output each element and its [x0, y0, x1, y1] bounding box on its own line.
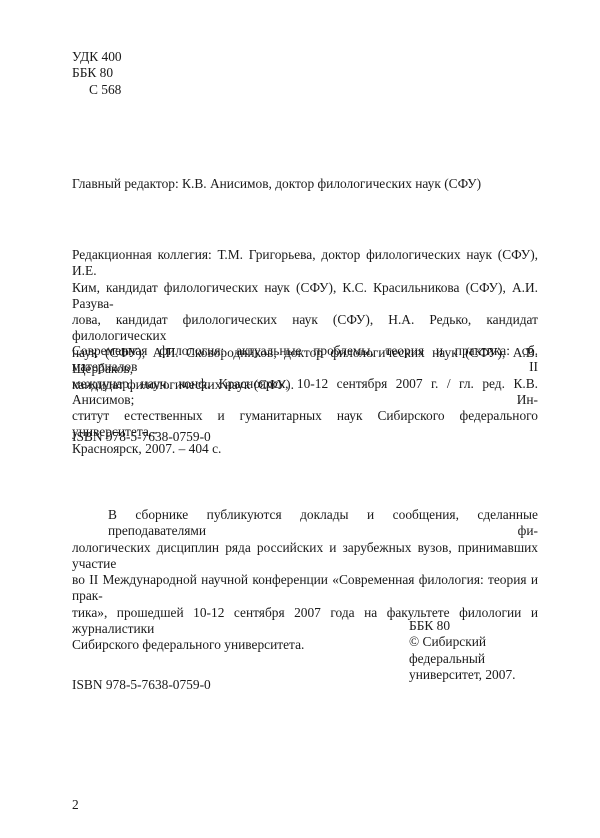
editorial-board-line: Редакционная коллегия: Т.М. Григорьева, … — [72, 247, 538, 280]
isbn-top-text: ISBN 978-5-7638-0759-0 — [72, 429, 538, 445]
copyright-line: © Сибирский — [409, 634, 559, 650]
classification-codes: УДК 400 ББК 80 С 568 — [72, 49, 538, 98]
chief-editor: Главный редактор: К.В. Анисимов, доктор … — [72, 176, 538, 192]
bbk-code: ББК 80 — [72, 65, 538, 81]
isbn-bottom-text: ISBN 978-5-7638-0759-0 — [72, 677, 538, 693]
copyright-bbk: ББК 80 — [409, 618, 559, 634]
isbn-bottom: ISBN 978-5-7638-0759-0 — [72, 677, 538, 693]
abstract-line: лологических дисциплин ряда российских и… — [72, 540, 538, 573]
udk-code: УДК 400 — [72, 49, 538, 65]
page-number: 2 — [72, 797, 79, 813]
editorial-board-line: Ким, кандидат филологических наук (СФУ),… — [72, 280, 538, 313]
isbn-top: ISBN 978-5-7638-0759-0 — [72, 429, 538, 445]
copyright-line: федеральный — [409, 651, 559, 667]
editorial-board-line: лова, кандидат филологических наук (СФУ)… — [72, 312, 538, 345]
abstract-line: во II Международной научной конференции … — [72, 572, 538, 605]
abstract-line: В сборнике публикуются доклады и сообщен… — [72, 507, 538, 540]
citation-line: междунар. науч. конф. Красноярск, 10-12 … — [72, 376, 538, 409]
document-page: УДК 400 ББК 80 С 568 Главный редактор: К… — [0, 0, 600, 838]
author-mark: С 568 — [72, 82, 538, 98]
citation-line: Современная филология: актуальные пробле… — [72, 343, 538, 376]
copyright-block: ББК 80 © Сибирский федеральный университ… — [409, 618, 559, 683]
chief-editor-text: Главный редактор: К.В. Анисимов, доктор … — [72, 176, 538, 192]
